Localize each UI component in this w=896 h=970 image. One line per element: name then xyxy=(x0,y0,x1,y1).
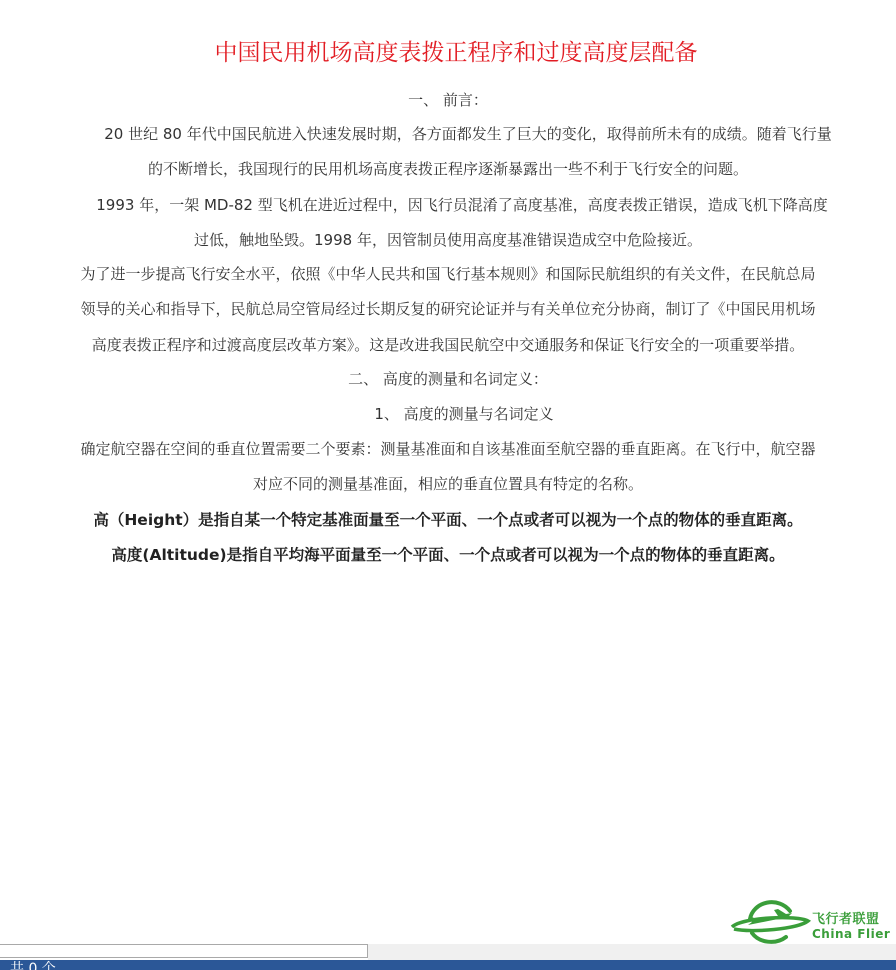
status-count-text: 共 0 个 xyxy=(10,961,56,970)
paragraph-line: 为了进一步提高飞行安全水平，依照《中华人民共和国飞行基本规则》和国际民航组织的有… xyxy=(0,264,896,284)
definition-height: 高（Height）是指自某一个特定基准面量至一个平面、一个点或者可以视为一个点的… xyxy=(0,510,896,530)
subsection-heading: 1、 高度的测量与名词定义 xyxy=(16,404,896,424)
section-heading-definitions: 二、 高度的测量和名词定义： xyxy=(0,369,896,389)
paragraph-line: 1993 年，一架 MD-82 型飞机在进近过程中，因飞行员混淆了高度基准，高度… xyxy=(14,195,896,215)
paragraph-line: 高度表拨正程序和过渡高度层改革方案》。这是改进我国民航空中交通服务和保证飞行安全… xyxy=(0,335,896,355)
watermark-name-english: China Flier xyxy=(812,927,890,941)
paragraph-line: 过低，触地坠毁。1998 年，因管制员使用高度基准错误造成空中危险接近。 xyxy=(0,230,896,250)
status-bar: 共 0 个 xyxy=(0,960,896,970)
definition-altitude: 高度(Altitude)是指自平均海平面量至一个平面、一个点或者可以视为一个点的… xyxy=(0,545,896,565)
paragraph-line: 的不断增长，我国现行的民用机场高度表拨正程序逐渐暴露出一些不利于飞行安全的问题。 xyxy=(0,159,896,179)
china-flier-watermark: 飞行者联盟 China Flier xyxy=(728,893,896,949)
paragraph-line: 对应不同的测量基准面，相应的垂直位置具有特定的名称。 xyxy=(0,474,896,494)
paragraph-line: 20 世纪 80 年代中国民航进入快速发展时期，各方面都发生了巨大的变化，取得前… xyxy=(20,124,896,144)
horizontal-scrollbar[interactable] xyxy=(0,944,368,958)
toolbar-strip xyxy=(368,944,896,960)
paragraph-line: 确定航空器在空间的垂直位置需要二个要素：测量基准面和自该基准面至航空器的垂直距离… xyxy=(0,439,896,459)
paragraph-line: 领导的关心和指导下，民航总局空管局经过长期反复的研究论证并与有关单位充分协商，制… xyxy=(0,299,896,319)
watermark-name-chinese: 飞行者联盟 xyxy=(812,913,880,927)
airplane-globe-icon xyxy=(728,893,812,949)
section-heading-preface: 一、 前言： xyxy=(0,90,896,110)
document-title: 中国民用机场高度表拨正程序和过度高度层配备 xyxy=(0,36,896,70)
